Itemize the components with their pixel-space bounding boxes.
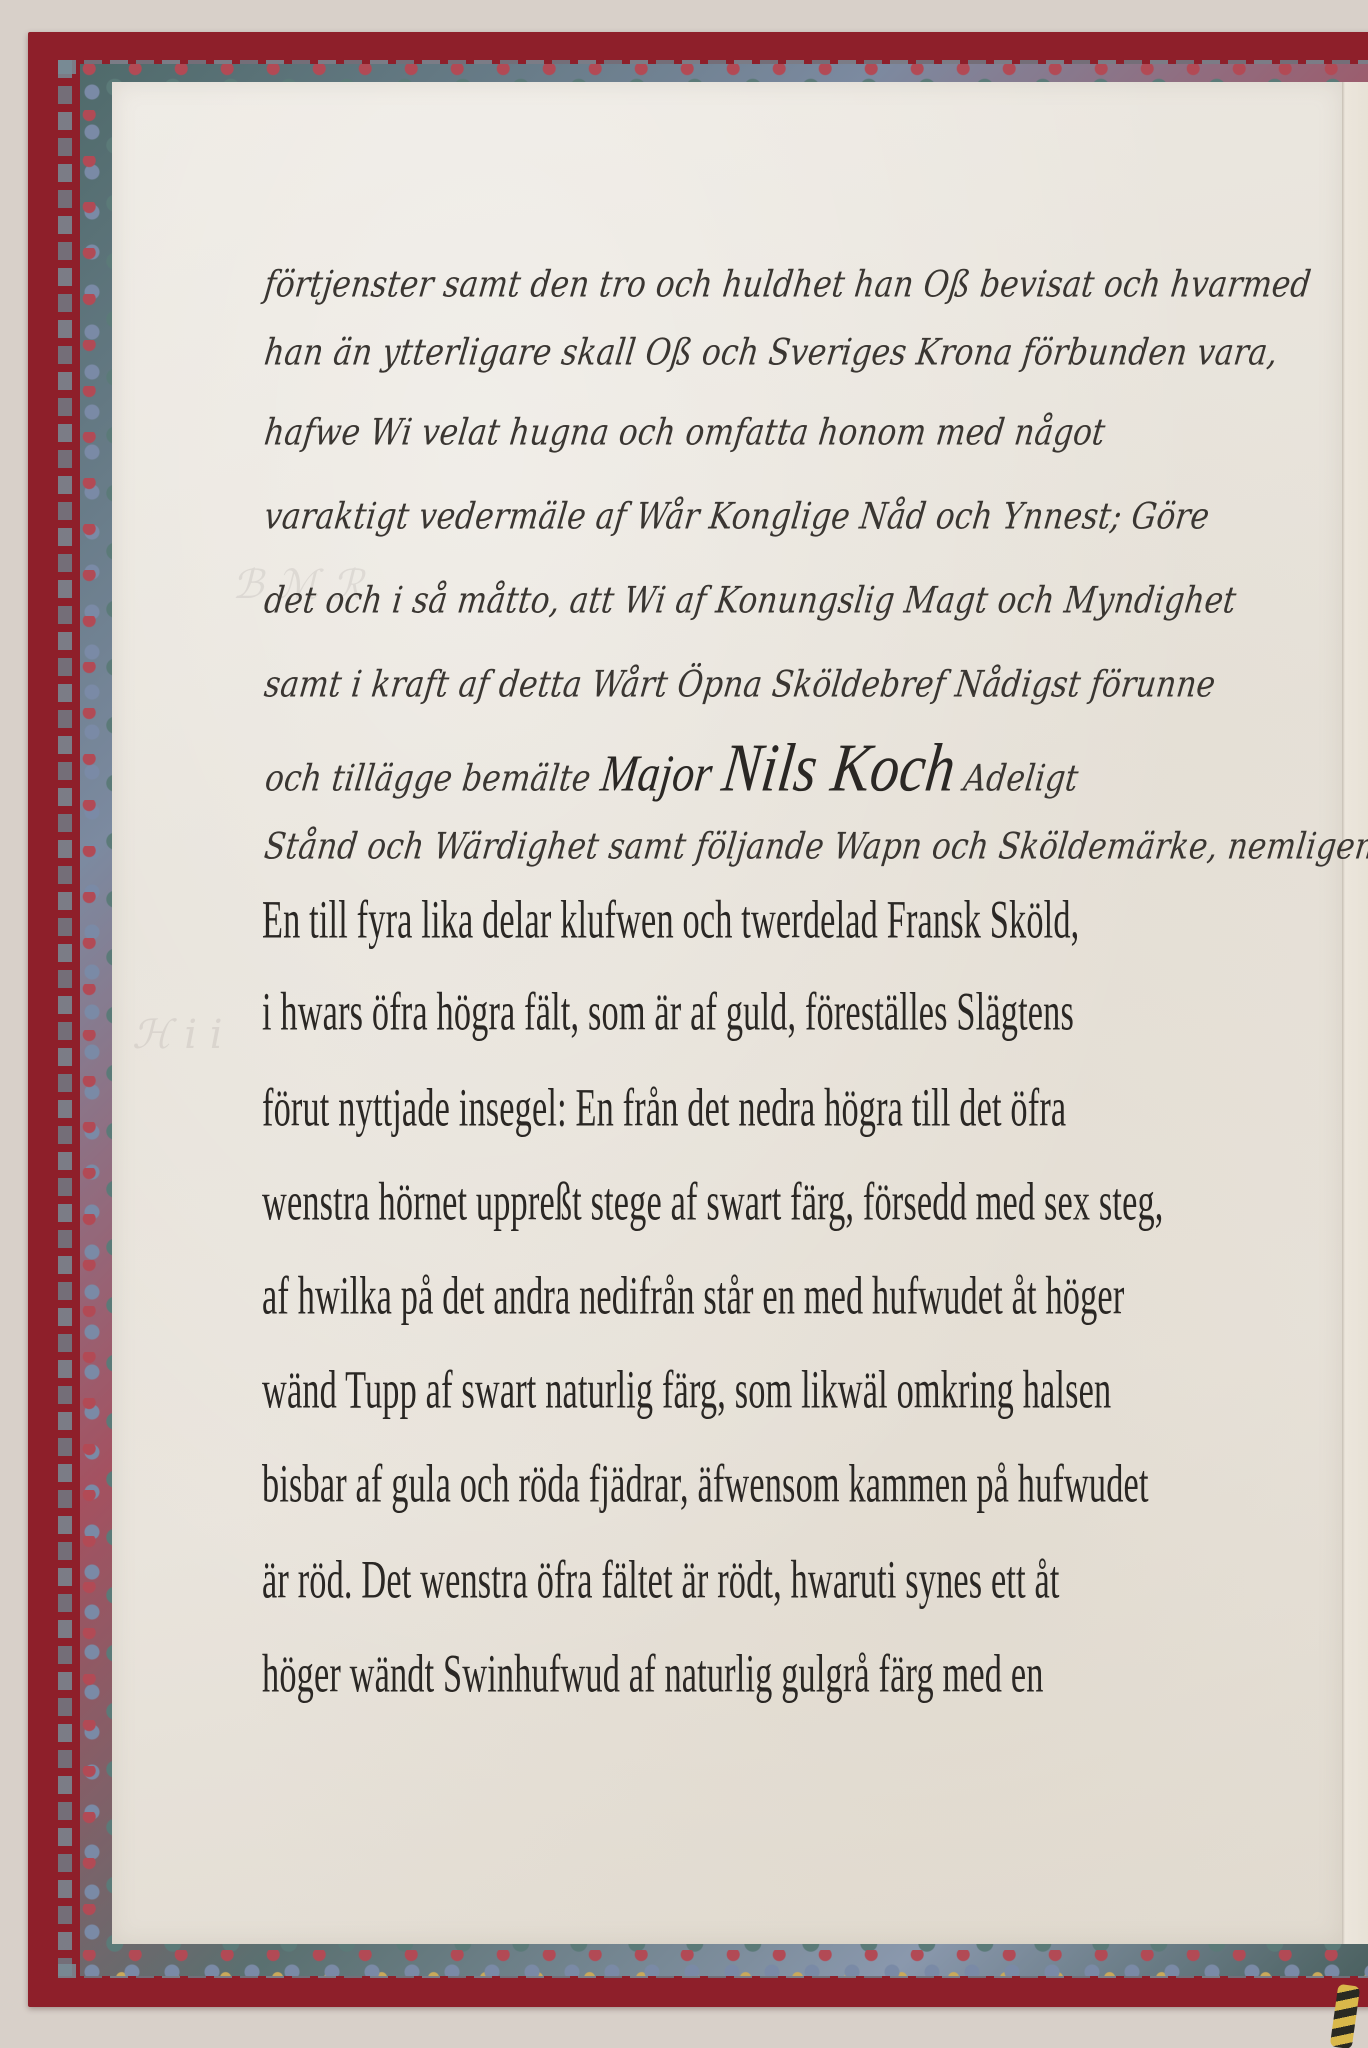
text-line-4: varaktigt vedermäle af Wår Konglige Nåd …: [262, 496, 1212, 538]
blazon-line-8: är röd. Det wenstra öfra fältet är rödt,…: [262, 1549, 1060, 1611]
text-line-2: han än ytterligare skall Oß och Sveriges…: [262, 332, 1280, 374]
scanned-document: ℬ ℳ ℛ ℋ i i förtjenster samt den tro och…: [0, 0, 1368, 2048]
text-line-3: hafwe Wi velat hugna och omfatta honom m…: [262, 412, 1108, 454]
blazon-line-4: wenstra hörnet uppreßt stege af swart fä…: [262, 1171, 1164, 1233]
blazon-line-2: i hwars öfra högra fält, som är af guld,…: [262, 981, 1074, 1043]
blazon-line-7: bisbar af gula och röda fjädrar, äfwenso…: [262, 1453, 1149, 1515]
ennobled-person-name: Nils Koch: [718, 729, 959, 806]
text-line-7-pre: och tillägge bemälte: [263, 757, 593, 799]
blazon-line-3: förut nyttjade insegel: En från det nedr…: [262, 1077, 1066, 1139]
rank-title: Major: [598, 744, 716, 802]
text-line-8: Stånd och Wärdighet samt följande Wapn o…: [262, 826, 1368, 868]
blazon-line-6: wänd Tupp af swart naturlig färg, som li…: [262, 1359, 1111, 1421]
text-line-1: förtjenster samt den tro och huldhet han…: [262, 264, 1313, 306]
text-line-7-post: Adeligt: [961, 757, 1080, 799]
text-line-6: samt i kraft af detta Wårt Öpna Sköldebr…: [262, 664, 1218, 706]
blazon-line-5: af hwilka på det andra nedifrån står en …: [262, 1265, 1124, 1327]
blazon-line-9: höger wändt Swinhufwud af naturlig gulgr…: [262, 1643, 1044, 1705]
next-page-edge: [1340, 82, 1368, 1944]
bleed-through-text: ℋ i i: [132, 1012, 223, 1058]
text-line-7: och tillägge bemälte Major Nils Koch Ade…: [262, 728, 1084, 807]
text-line-5: det och i så måtto, att Wi af Konungslig…: [262, 580, 1239, 622]
blazon-line-1: En till fyra lika delar klufwen och twer…: [262, 889, 1079, 951]
